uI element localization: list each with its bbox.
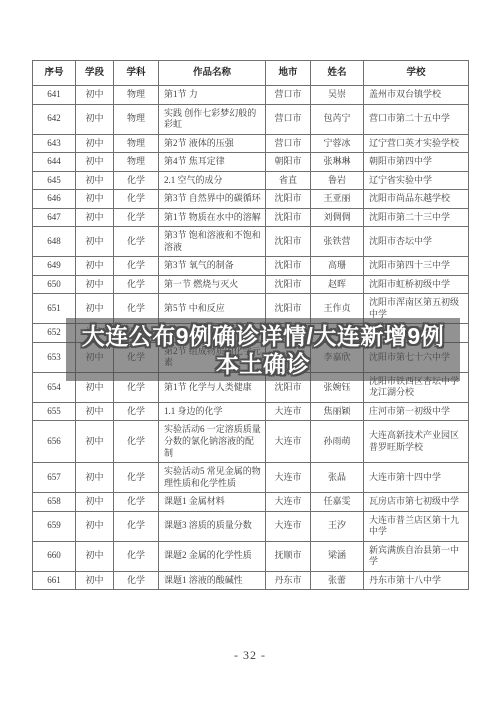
table-cell: 大连市普兰店区第十九中学 bbox=[364, 511, 469, 541]
column-header: 学段 bbox=[76, 61, 114, 86]
table-cell: 第1节 物质在水中的溶解 bbox=[159, 208, 266, 227]
table-cell: 大连市 bbox=[266, 421, 311, 463]
table-cell: 化学 bbox=[114, 208, 159, 227]
table-cell: 化学 bbox=[114, 463, 159, 493]
table-cell: 课题3 溶质的质量分数 bbox=[159, 511, 266, 541]
table-cell: 初中 bbox=[76, 153, 114, 172]
table-cell: 645 bbox=[33, 171, 76, 190]
table-cell: 初中 bbox=[76, 571, 114, 590]
table-cell: 实验活动5 常见金属的物理性质和化学性质 bbox=[159, 463, 266, 493]
table-cell: 王汐 bbox=[311, 511, 364, 541]
table-cell: 初中 bbox=[76, 134, 114, 153]
table-cell: 沈阳市 bbox=[266, 190, 311, 209]
table-row: 647初中化学第1节 物质在水中的溶解沈阳市刘倜倜沈阳市第二十三中学 bbox=[33, 208, 469, 227]
table-cell: 初中 bbox=[76, 493, 114, 512]
table-cell: 化学 bbox=[114, 171, 159, 190]
table-cell: 1.1 身边的化学 bbox=[159, 402, 266, 421]
table-cell: 赵晖 bbox=[311, 275, 364, 294]
table-row: 659初中化学课题3 溶质的质量分数大连市王汐大连市普兰店区第十九中学 bbox=[33, 511, 469, 541]
table-cell: 化学 bbox=[114, 275, 159, 294]
table-cell: 初中 bbox=[76, 402, 114, 421]
table-cell: 梁涵 bbox=[311, 541, 364, 571]
table-cell: 第3节 饱和溶液和不饱和溶液 bbox=[159, 227, 266, 257]
table-cell: 朝阳市第四中学 bbox=[364, 153, 469, 172]
table-cell: 化学 bbox=[114, 257, 159, 276]
column-header: 学校 bbox=[364, 61, 469, 86]
table-cell: 张蕾 bbox=[311, 571, 364, 590]
table-cell: 初中 bbox=[76, 421, 114, 463]
table-row: 649初中化学第3节 氧气的制备沈阳市高珊沈阳市第四十三中学 bbox=[33, 257, 469, 276]
table-cell: 大连高新技术产业园区普罗旺斯学校 bbox=[364, 421, 469, 463]
table-cell: 焦丽颖 bbox=[311, 402, 364, 421]
table-cell: 2.1 空气的成分 bbox=[159, 171, 266, 190]
table-cell: 王亚丽 bbox=[311, 190, 364, 209]
table-cell: 649 bbox=[33, 257, 76, 276]
document-page: 序号学段学科作品名称地市姓名学校 641初中物理第1节 力营口市吴崇盖州市双台镇… bbox=[0, 0, 500, 706]
page-number: - 32 - bbox=[0, 648, 500, 663]
table-cell: 初中 bbox=[76, 190, 114, 209]
table-cell: 张铁营 bbox=[311, 227, 364, 257]
table-cell: 大连市 bbox=[266, 463, 311, 493]
table-cell: 660 bbox=[33, 541, 76, 571]
table-cell: 647 bbox=[33, 208, 76, 227]
table-cell: 包芮宁 bbox=[311, 104, 364, 134]
table-row: 645初中化学2.1 空气的成分省直鲁岩辽宁省实验中学 bbox=[33, 171, 469, 190]
table-cell: 化学 bbox=[114, 227, 159, 257]
table-cell: 643 bbox=[33, 134, 76, 153]
table-cell: 宁蓉冰 bbox=[311, 134, 364, 153]
table-cell: 物理 bbox=[114, 134, 159, 153]
table-row: 643初中物理第2节 液体的压强营口市宁蓉冰辽宁营口英才实验学校 bbox=[33, 134, 469, 153]
table-cell: 沈阳市第四十三中学 bbox=[364, 257, 469, 276]
table-cell: 初中 bbox=[76, 171, 114, 190]
table-cell: 大连市 bbox=[266, 511, 311, 541]
table-row: 644初中物理第4节 焦耳定律朝阳市张琳琳朝阳市第四中学 bbox=[33, 153, 469, 172]
table-cell: 物理 bbox=[114, 153, 159, 172]
table-cell: 瓦房店市第七初级中学 bbox=[364, 493, 469, 512]
table-row: 656初中化学实验活动6 一定溶质质量分数的氯化钠溶液的配制大连市孙雨萌大连高新… bbox=[33, 421, 469, 463]
table-cell: 第1节 力 bbox=[159, 86, 266, 105]
table-cell: 营口市 bbox=[266, 104, 311, 134]
table-cell: 648 bbox=[33, 227, 76, 257]
table-cell: 初中 bbox=[76, 86, 114, 105]
table-cell: 初中 bbox=[76, 208, 114, 227]
table-cell: 第一节 燃烧与灭火 bbox=[159, 275, 266, 294]
table-cell: 初中 bbox=[76, 104, 114, 134]
table-cell: 实践 创作七彩梦幻般的彩虹 bbox=[159, 104, 266, 134]
table-cell: 辽宁省实验中学 bbox=[364, 171, 469, 190]
table-cell: 沈阳市虹桥初级中学 bbox=[364, 275, 469, 294]
table-cell: 丹东市第十八中学 bbox=[364, 571, 469, 590]
table-row: 650初中化学第一节 燃烧与灭火沈阳市赵晖沈阳市虹桥初级中学 bbox=[33, 275, 469, 294]
table-row: 657初中化学实验活动5 常见金属的物理性质和化学性质大连市张晶大连市第十四中学 bbox=[33, 463, 469, 493]
table-cell: 课题2 金属的化学性质 bbox=[159, 541, 266, 571]
table-cell: 644 bbox=[33, 153, 76, 172]
table-cell: 沈阳市 bbox=[266, 227, 311, 257]
table-cell: 沈阳市 bbox=[266, 275, 311, 294]
table-row: 655初中化学1.1 身边的化学大连市焦丽颖庄河市第一初级中学 bbox=[33, 402, 469, 421]
table-cell: 省直 bbox=[266, 171, 311, 190]
table-cell: 张琳琳 bbox=[311, 153, 364, 172]
table-cell: 641 bbox=[33, 86, 76, 105]
table-header: 序号学段学科作品名称地市姓名学校 bbox=[33, 61, 469, 86]
table-cell: 化学 bbox=[114, 571, 159, 590]
table-cell: 刘倜倜 bbox=[311, 208, 364, 227]
table-cell: 孙雨萌 bbox=[311, 421, 364, 463]
table-cell: 张晶 bbox=[311, 463, 364, 493]
table-cell: 657 bbox=[33, 463, 76, 493]
header-row: 序号学段学科作品名称地市姓名学校 bbox=[33, 61, 469, 86]
table-row: 648初中化学第3节 饱和溶液和不饱和溶液沈阳市张铁营沈阳市杏坛中学 bbox=[33, 227, 469, 257]
overlay-caption-line2: 本土确诊 bbox=[216, 350, 310, 378]
overlay-caption-line1: 大连公布9例确诊详情/大连新增9例 bbox=[82, 322, 444, 350]
table-cell: 营口市 bbox=[266, 134, 311, 153]
table-cell: 初中 bbox=[76, 511, 114, 541]
table-cell: 第4节 焦耳定律 bbox=[159, 153, 266, 172]
table-cell: 初中 bbox=[76, 227, 114, 257]
table-cell: 营口市 bbox=[266, 86, 311, 105]
table-cell: 朝阳市 bbox=[266, 153, 311, 172]
table-cell: 初中 bbox=[76, 275, 114, 294]
table-cell: 初中 bbox=[76, 541, 114, 571]
table-cell: 658 bbox=[33, 493, 76, 512]
table-cell: 第3节 氧气的制备 bbox=[159, 257, 266, 276]
table-cell: 646 bbox=[33, 190, 76, 209]
column-header: 序号 bbox=[33, 61, 76, 86]
table-cell: 化学 bbox=[114, 511, 159, 541]
table-cell: 沈阳市第二十三中学 bbox=[364, 208, 469, 227]
table-row: 646初中化学第3节 自然界中的碳循环沈阳市王亚丽沈阳市尚品东越学校 bbox=[33, 190, 469, 209]
table-cell: 沈阳市杏坛中学 bbox=[364, 227, 469, 257]
table-cell: 655 bbox=[33, 402, 76, 421]
table-cell: 第3节 自然界中的碳循环 bbox=[159, 190, 266, 209]
watermark-caption-overlay: 大连公布9例确诊详情/大连新增9例 本土确诊 bbox=[66, 318, 460, 381]
table-cell: 初中 bbox=[76, 463, 114, 493]
table-cell: 661 bbox=[33, 571, 76, 590]
column-header: 姓名 bbox=[311, 61, 364, 86]
table-cell: 化学 bbox=[114, 541, 159, 571]
table-cell: 新宾满族自治县第一中学 bbox=[364, 541, 469, 571]
table-cell: 课题1 溶液的酸碱性 bbox=[159, 571, 266, 590]
table-row: 661初中化学课题1 溶液的酸碱性丹东市张蕾丹东市第十八中学 bbox=[33, 571, 469, 590]
table-cell: 沈阳市 bbox=[266, 257, 311, 276]
table-cell: 物理 bbox=[114, 104, 159, 134]
column-header: 学科 bbox=[114, 61, 159, 86]
table-cell: 第2节 液体的压强 bbox=[159, 134, 266, 153]
table-cell: 鲁岩 bbox=[311, 171, 364, 190]
table-cell: 大连市 bbox=[266, 402, 311, 421]
table-cell: 大连市第十四中学 bbox=[364, 463, 469, 493]
table-cell: 642 bbox=[33, 104, 76, 134]
table-cell: 辽宁营口英才实验学校 bbox=[364, 134, 469, 153]
table-cell: 吴崇 bbox=[311, 86, 364, 105]
table-row: 641初中物理第1节 力营口市吴崇盖州市双台镇学校 bbox=[33, 86, 469, 105]
table-cell: 化学 bbox=[114, 421, 159, 463]
table-row: 658初中化学课题1 金属材料大连市任嘉雯瓦房店市第七初级中学 bbox=[33, 493, 469, 512]
table-cell: 营口市第二十五中学 bbox=[364, 104, 469, 134]
table-row: 642初中物理实践 创作七彩梦幻般的彩虹营口市包芮宁营口市第二十五中学 bbox=[33, 104, 469, 134]
table-cell: 659 bbox=[33, 511, 76, 541]
table-cell: 盖州市双台镇学校 bbox=[364, 86, 469, 105]
column-header: 地市 bbox=[266, 61, 311, 86]
table-cell: 高珊 bbox=[311, 257, 364, 276]
table-cell: 课题1 金属材料 bbox=[159, 493, 266, 512]
table-cell: 初中 bbox=[76, 257, 114, 276]
table-cell: 沈阳市尚品东越学校 bbox=[364, 190, 469, 209]
table-cell: 大连市 bbox=[266, 493, 311, 512]
table-cell: 656 bbox=[33, 421, 76, 463]
table-cell: 庄河市第一初级中学 bbox=[364, 402, 469, 421]
table-cell: 实验活动6 一定溶质质量分数的氯化钠溶液的配制 bbox=[159, 421, 266, 463]
table-cell: 化学 bbox=[114, 190, 159, 209]
table-cell: 物理 bbox=[114, 86, 159, 105]
table-cell: 任嘉雯 bbox=[311, 493, 364, 512]
column-header: 作品名称 bbox=[159, 61, 266, 86]
table-cell: 650 bbox=[33, 275, 76, 294]
table-row: 660初中化学课题2 金属的化学性质抚顺市梁涵新宾满族自治县第一中学 bbox=[33, 541, 469, 571]
table-cell: 化学 bbox=[114, 493, 159, 512]
table-cell: 沈阳市 bbox=[266, 208, 311, 227]
table-cell: 抚顺市 bbox=[266, 541, 311, 571]
table-cell: 化学 bbox=[114, 402, 159, 421]
table-cell: 丹东市 bbox=[266, 571, 311, 590]
